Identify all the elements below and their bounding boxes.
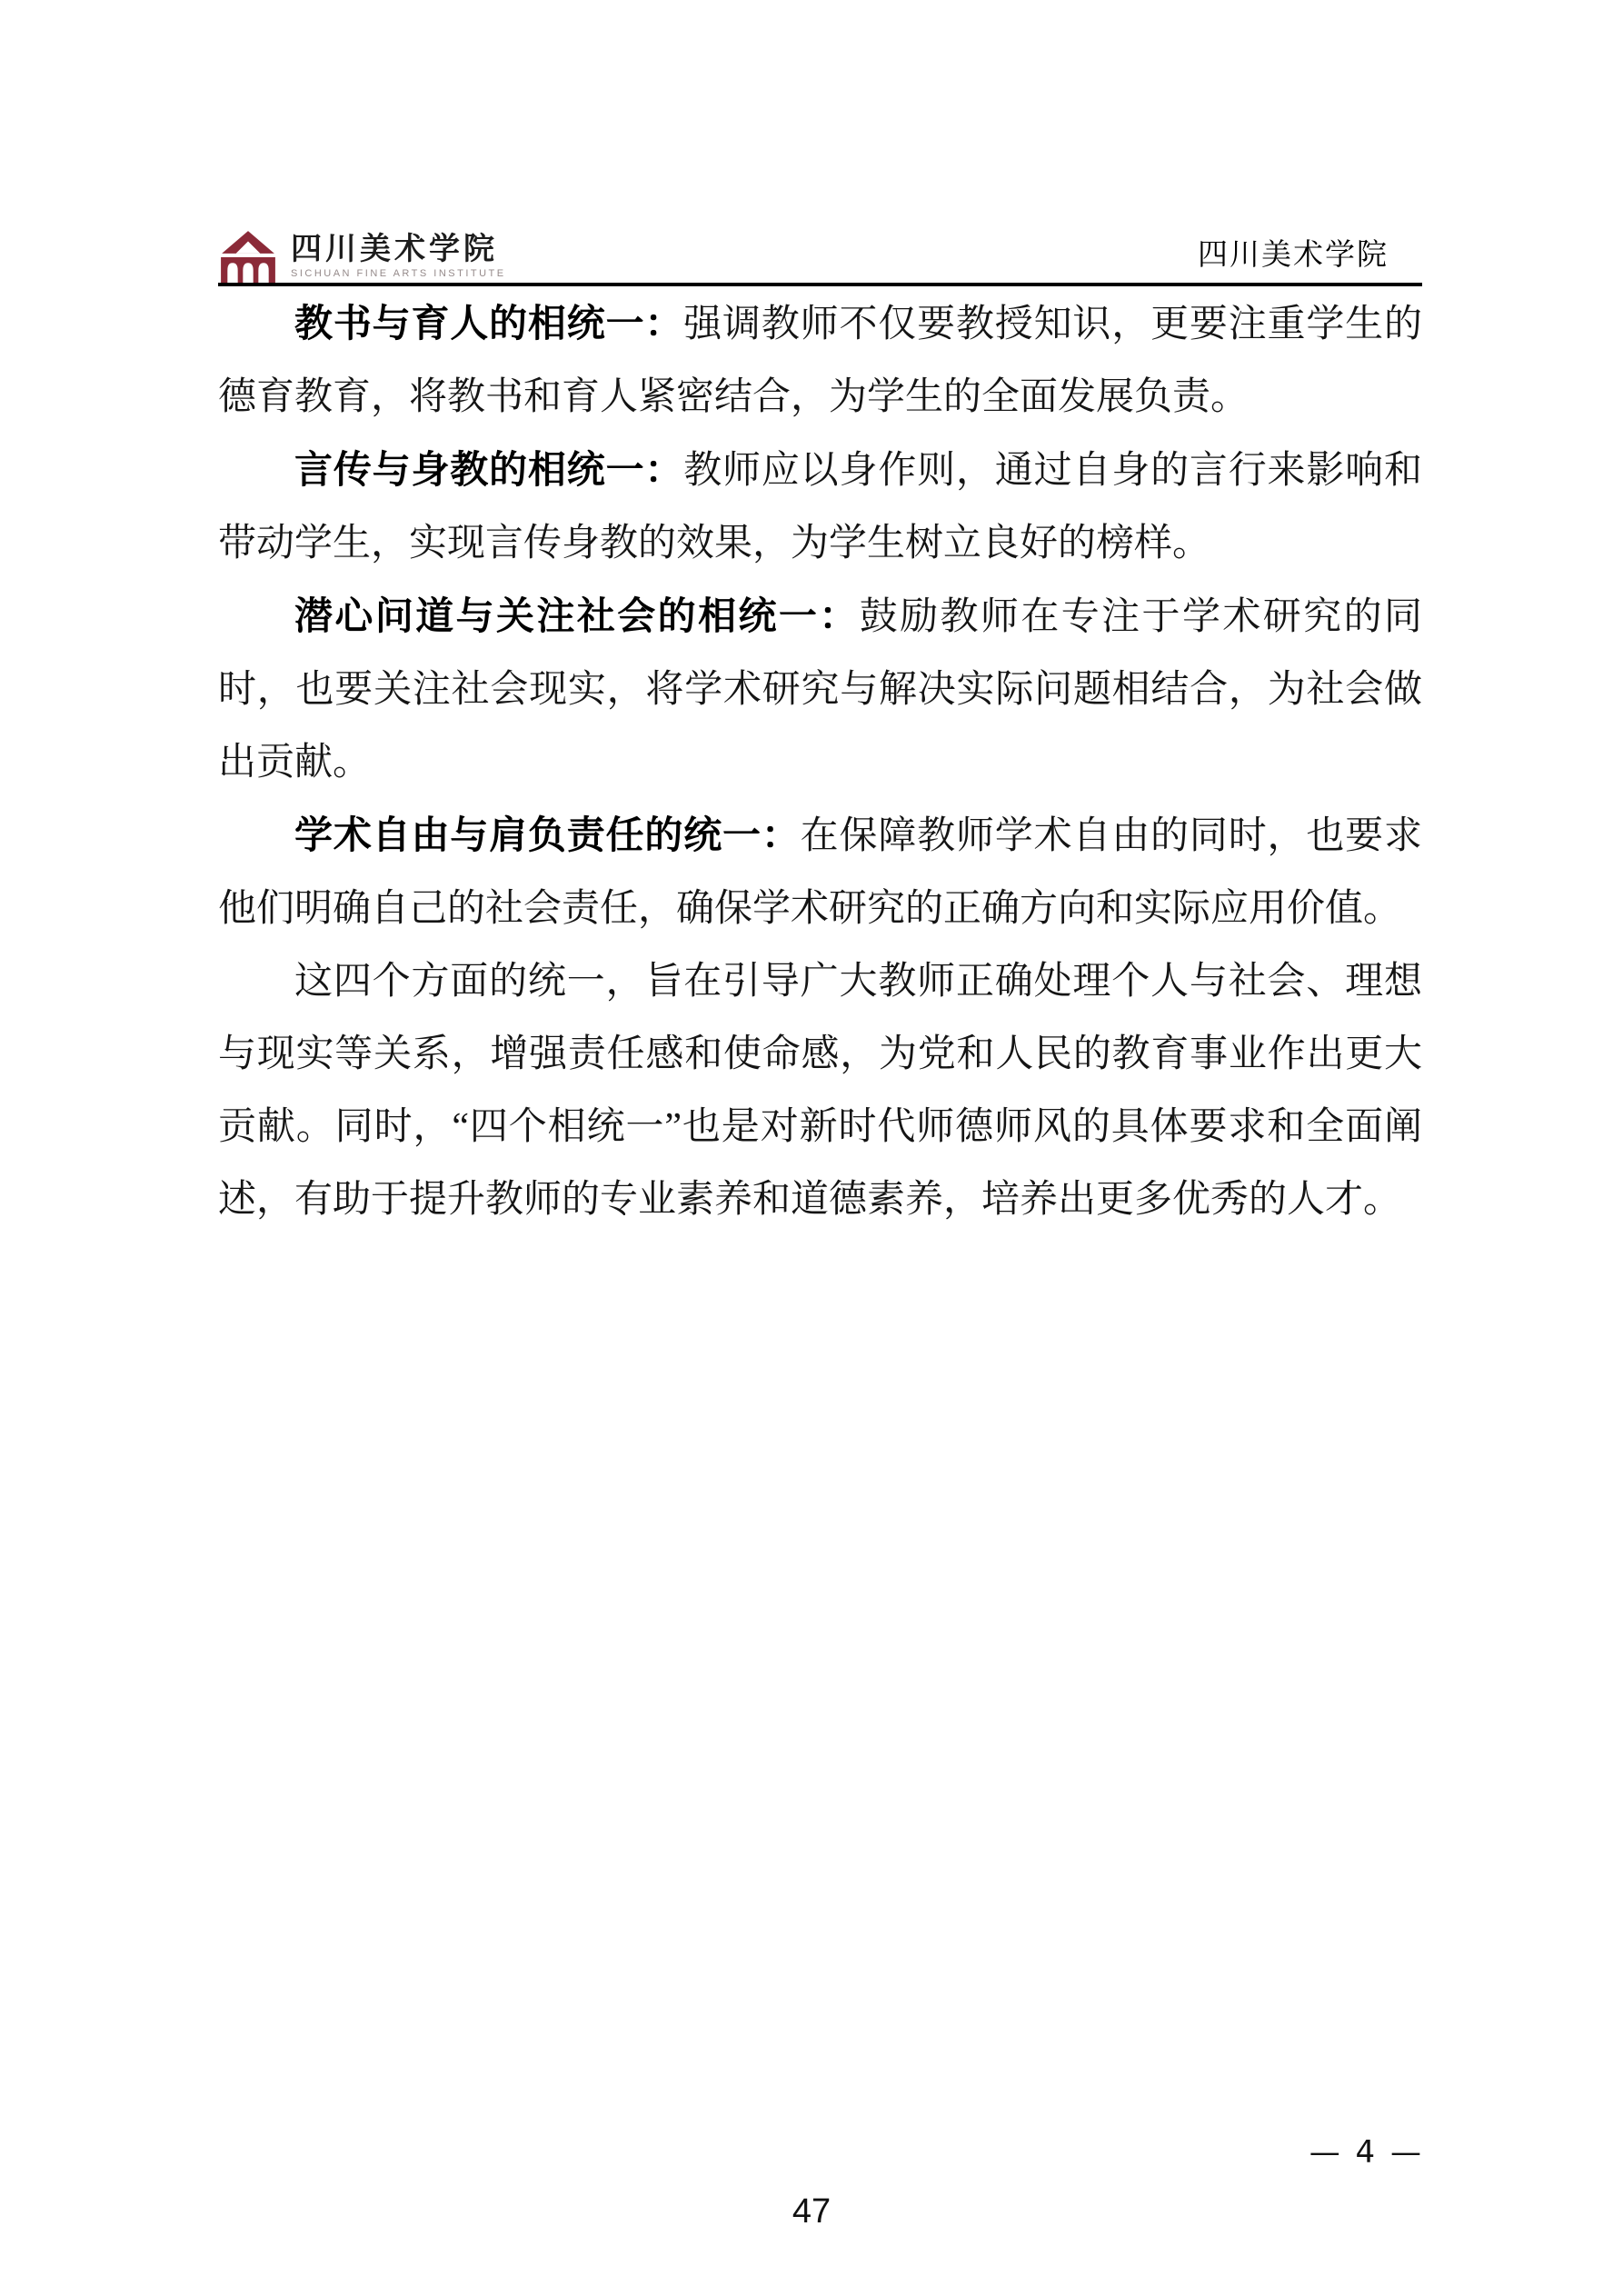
header-title: 四川美术学院: [1198, 238, 1389, 273]
paragraph-lead: 教书与育人的相统一：: [294, 301, 683, 345]
logo-en-name: SICHUAN FINE ARTS INSTITUTE: [291, 268, 506, 279]
paragraph-lead: 言传与身教的相统一：: [294, 447, 683, 492]
paragraph: 这四个方面的统一，旨在引导广大教师正确处理个人与社会、理想与现实等关系，增强责任…: [218, 945, 1422, 1236]
paragraph: 言传与身教的相统一：教师应以身作则，通过自身的言行来影响和带动学生，实现言传身教…: [218, 434, 1422, 580]
page-number: 47: [0, 2192, 1623, 2231]
institute-logo: 四川美术学院 SICHUAN FINE ARTS INSTITUTE: [218, 231, 506, 284]
logo-text-column: 四川美术学院 SICHUAN FINE ARTS INSTITUTE: [291, 231, 506, 279]
logo-cn-name: 四川美术学院: [291, 233, 506, 265]
paragraph: 潜心问道与关注社会的相统一：鼓励教师在专注于学术研究的同时，也要关注社会现实，将…: [218, 580, 1422, 799]
paragraph-lead: 潜心问道与关注社会的相统一：: [294, 594, 860, 638]
school-gate-icon: [218, 231, 278, 284]
document-page: 四川美术学院 SICHUAN FINE ARTS INSTITUTE 四川美术学…: [0, 0, 1623, 2296]
paragraph-lead: 学术自由与肩负责任的统一：: [294, 813, 801, 857]
paragraph: 教书与育人的相统一：强调教师不仅要教授知识，更要注重学生的德育教育，将教书和育人…: [218, 287, 1422, 434]
document-body: 教书与育人的相统一：强调教师不仅要教授知识，更要注重学生的德育教育，将教书和育人…: [218, 287, 1422, 1236]
header-divider: [218, 283, 1422, 286]
paragraph: 学术自由与肩负责任的统一：在保障教师学术自由的同时，也要求他们明确自己的社会责任…: [218, 799, 1422, 945]
section-page-label: — 4 —: [1309, 2134, 1424, 2171]
